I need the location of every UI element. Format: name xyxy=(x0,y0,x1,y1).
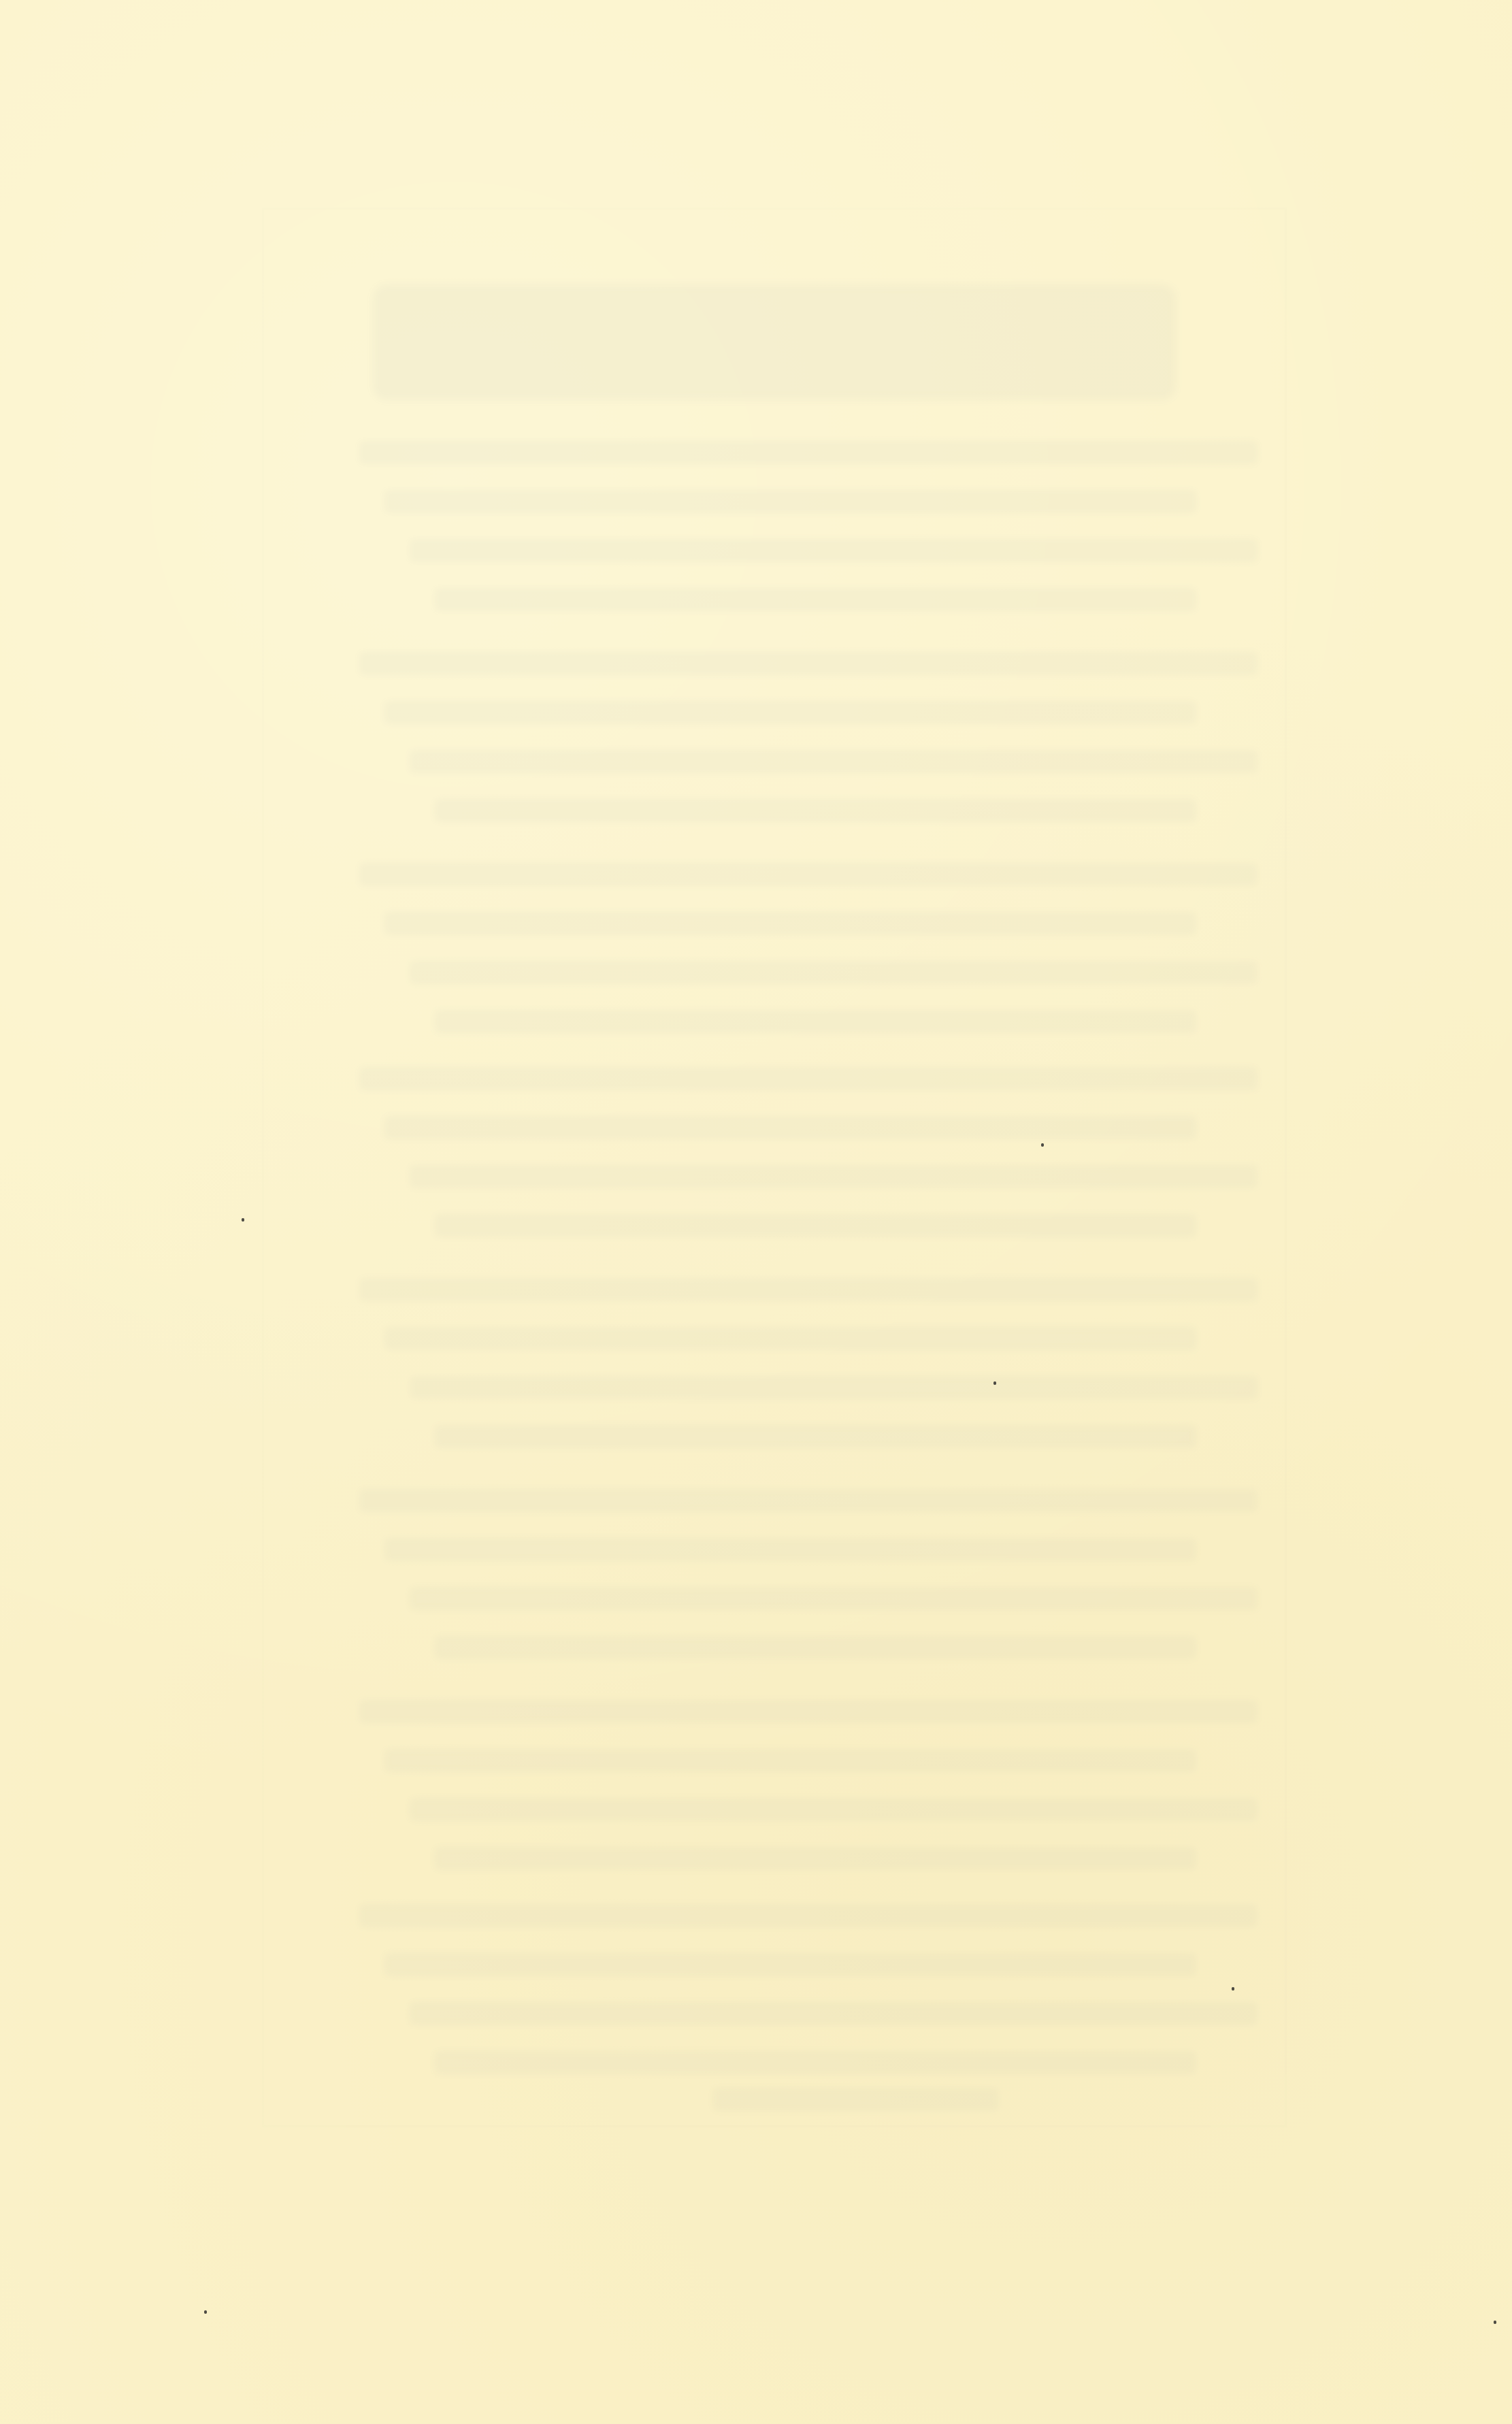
paper-sheet xyxy=(0,0,1512,2424)
paper-speck xyxy=(242,1218,244,1222)
bleed-through-line xyxy=(384,701,1196,724)
bleed-through-line xyxy=(435,2051,1196,2074)
bleed-through-title xyxy=(373,284,1176,400)
bleed-through-line xyxy=(359,1067,1258,1090)
bleed-through-line xyxy=(410,1376,1258,1399)
bleed-through-line xyxy=(359,1489,1258,1512)
paper-speck xyxy=(1494,2321,1496,2324)
bleed-through-line xyxy=(410,750,1258,773)
bleed-through-line xyxy=(435,1425,1196,1448)
bleed-through-block xyxy=(262,208,1287,2127)
bleed-through-line xyxy=(410,1798,1258,1821)
paper-speck xyxy=(1232,1987,1234,1991)
bleed-through-line xyxy=(384,912,1196,935)
bleed-through-line xyxy=(410,961,1258,984)
bleed-through-line xyxy=(384,1749,1196,1772)
bleed-through-line xyxy=(384,1538,1196,1561)
bleed-through-line xyxy=(359,1904,1258,1927)
bleed-through-line xyxy=(435,1847,1196,1870)
bleed-through-signature xyxy=(713,2088,999,2111)
paper-speck xyxy=(993,1381,996,1385)
bleed-through-line xyxy=(359,1700,1258,1723)
bleed-through-line xyxy=(359,652,1258,675)
bleed-through-line xyxy=(410,1165,1258,1188)
bleed-through-line xyxy=(435,1636,1196,1659)
bleed-through-line xyxy=(435,588,1196,611)
bleed-through-line xyxy=(359,863,1258,886)
bleed-through-line xyxy=(384,1327,1196,1350)
bleed-through-line xyxy=(435,799,1196,822)
bleed-through-line xyxy=(384,490,1196,513)
bleed-through-line xyxy=(410,1587,1258,1610)
bleed-through-line xyxy=(435,1214,1196,1237)
bleed-through-line xyxy=(410,539,1258,562)
bleed-through-line xyxy=(435,1010,1196,1033)
bleed-through-line xyxy=(410,2002,1258,2025)
paper-speck xyxy=(1041,1143,1044,1147)
bleed-through-line xyxy=(359,441,1258,464)
bleed-through-line xyxy=(384,1953,1196,1976)
bleed-through-line xyxy=(359,1278,1258,1301)
paper-speck xyxy=(204,2310,207,2314)
bleed-through-line xyxy=(384,1116,1196,1139)
